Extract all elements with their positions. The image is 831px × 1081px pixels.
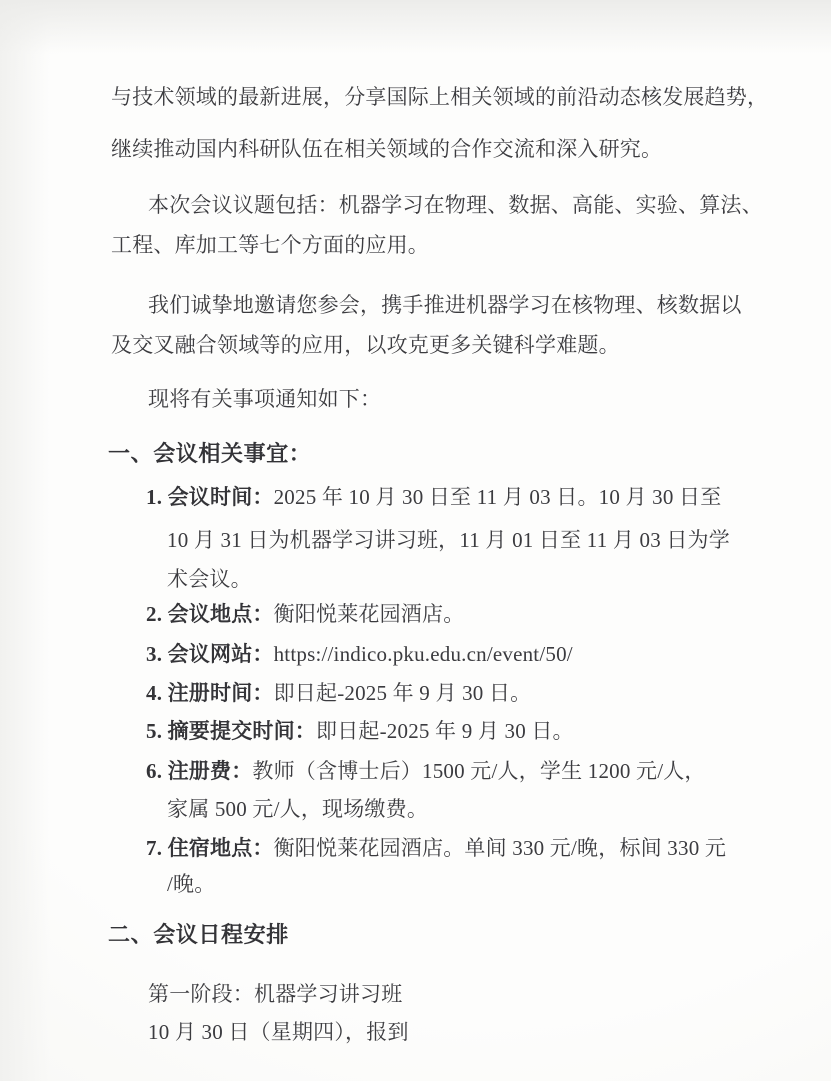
paragraph-line: 第一阶段：机器学习讲习班 bbox=[148, 981, 402, 1008]
item-text: 衡阳悦莱花园酒店。 bbox=[274, 602, 465, 626]
list-item-line: 5. 摘要提交时间：即日起-2025 年 9 月 30 日。 bbox=[146, 718, 574, 745]
paragraph-line: 现将有关事项通知如下： bbox=[148, 386, 381, 413]
list-item-continuation: 10 月 31 日为机器学习讲习班，11 月 01 日至 11 月 03 日为学 bbox=[167, 527, 730, 554]
section-heading: 一、会议相关事宜： bbox=[108, 440, 311, 467]
paragraph-line: 与技术领域的最新进展，分享国际上相关领域的前沿动态核发展趋势， bbox=[111, 84, 768, 111]
item-label: 7. 住宿地点： bbox=[146, 836, 274, 860]
scanned-page: 与技术领域的最新进展，分享国际上相关领域的前沿动态核发展趋势， 继续推动国内科研… bbox=[0, 0, 831, 1081]
item-label: 3. 会议网站： bbox=[146, 642, 274, 666]
list-item-line: 6. 注册费：教师（含博士后）1500 元/人，学生 1200 元/人， bbox=[146, 758, 706, 785]
item-label: 6. 注册费： bbox=[146, 759, 252, 783]
item-label: 5. 摘要提交时间： bbox=[146, 719, 316, 743]
item-label: 2. 会议地点： bbox=[146, 602, 274, 626]
item-text: 教师（含博士后）1500 元/人，学生 1200 元/人， bbox=[252, 759, 705, 783]
paragraph-line: 继续推动国内科研队伍在相关领域的合作交流和深入研究。 bbox=[111, 136, 662, 163]
paragraph-line: 10 月 30 日（星期四），报到 bbox=[148, 1019, 409, 1046]
list-item-line: 1. 会议时间：2025 年 10 月 30 日至 11 月 03 日。10 月… bbox=[146, 484, 721, 511]
list-item-line: 7. 住宿地点：衡阳悦莱花园酒店。单间 330 元/晚，标间 330 元 bbox=[146, 835, 726, 862]
paragraph-line: 本次会议议题包括：机器学习在物理、数据、高能、实验、算法、 bbox=[148, 192, 763, 219]
item-text conference-url: https://indico.pku.edu.cn/event/50/ bbox=[274, 642, 573, 666]
paragraph-line: 及交叉融合领域等的应用，以攻克更多关键科学难题。 bbox=[111, 332, 620, 359]
item-text: 2025 年 10 月 30 日至 11 月 03 日。10 月 30 日至 bbox=[274, 485, 722, 509]
paragraph-line: 工程、库加工等七个方面的应用。 bbox=[111, 232, 429, 259]
item-label: 4. 注册时间： bbox=[146, 681, 274, 705]
item-text: 即日起-2025 年 9 月 30 日。 bbox=[316, 719, 574, 743]
section-heading: 二、会议日程安排 bbox=[108, 921, 289, 948]
item-text: 衡阳悦莱花园酒店。单间 330 元/晚，标间 330 元 bbox=[274, 836, 726, 860]
list-item-line: 2. 会议地点：衡阳悦莱花园酒店。 bbox=[146, 601, 464, 628]
list-item-continuation: 术会议。 bbox=[167, 566, 252, 593]
paragraph-line: 我们诚挚地邀请您参会，携手推进机器学习在核物理、核数据以 bbox=[148, 292, 742, 319]
list-item-line: 4. 注册时间：即日起-2025 年 9 月 30 日。 bbox=[146, 680, 531, 707]
item-text: 即日起-2025 年 9 月 30 日。 bbox=[274, 681, 532, 705]
list-item-continuation: /晚。 bbox=[167, 871, 215, 898]
item-label: 1. 会议时间： bbox=[146, 485, 274, 509]
list-item-line: 3. 会议网站：https://indico.pku.edu.cn/event/… bbox=[146, 641, 573, 668]
list-item-continuation: 家属 500 元/人，现场缴费。 bbox=[167, 796, 428, 823]
